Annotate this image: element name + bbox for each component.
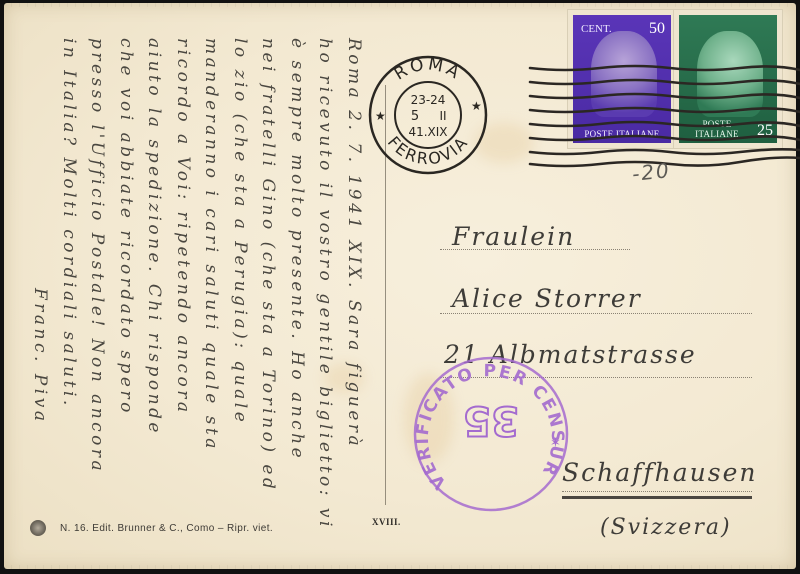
message-line: in Italia? Molti cordiali saluti.: [55, 38, 84, 508]
address-underline: [562, 496, 752, 499]
message-line: è sempre molto presente. Ho anche: [283, 38, 312, 508]
pencil-note: -20: [631, 158, 672, 186]
publisher-logo-icon: [30, 520, 46, 536]
stamp-25-cent: POSTE ITALIANE 25: [674, 10, 782, 148]
message-line: ho ricevuto il vostro gentile biglietto:…: [311, 38, 340, 508]
king-profile-portrait: [697, 31, 763, 117]
king-portrait: [591, 31, 657, 117]
svg-text:41.XIX: 41.XIX: [408, 125, 447, 139]
message-line: ricordo a Voi: ripetendo ancora: [169, 38, 198, 508]
stamp-cent-label: CENT.: [581, 23, 612, 35]
stamp-value: 25: [757, 122, 773, 140]
message-line: aiuto la spedizione. Chi risponde: [140, 38, 169, 508]
censorship-stamp: VERIFICATO PER CENSURA 35 ✶: [412, 355, 570, 513]
stamp-50-cent: CENT. 50 POSTE ITALIANE: [568, 10, 676, 148]
address-dotted-line: [440, 313, 752, 314]
publisher-imprint: N. 16. Edit. Brunner & C., Como – Ripr. …: [30, 520, 273, 536]
message-line: manderanno i cari saluti quale sta: [197, 38, 226, 508]
address-recipient-name: Alice Storrer: [452, 284, 642, 313]
roma-ferrovia-postmark: ROMA FERROVIA ★ ★ 23-24 5 II 41.XIX: [365, 52, 491, 178]
series-number: XVIII.: [372, 517, 401, 527]
svg-text:★: ★: [471, 99, 482, 113]
message-line: lo zio (che sta a Perugia): quale: [226, 38, 255, 508]
svg-text:II: II: [439, 109, 446, 123]
message-signature: Franc. Piva: [26, 38, 55, 508]
svg-text:ROMA: ROMA: [391, 54, 466, 84]
message-line: nei fratelli Gino (che sta a Torino) ed: [254, 38, 283, 508]
stamp-country: POSTE ITALIANE: [577, 129, 667, 139]
address-dotted-line: [440, 249, 630, 250]
handwritten-message: Roma 2. 7. 1941 XIX. Sara figueràho rice…: [8, 38, 368, 508]
message-lines: Roma 2. 7. 1941 XIX. Sara figueràho rice…: [26, 38, 368, 508]
message-line: che voi abbiate ricordato spero: [112, 38, 141, 508]
stamp-country: POSTE ITALIANE: [683, 119, 751, 139]
stamp-value: 50: [649, 20, 665, 38]
svg-text:★: ★: [375, 109, 386, 123]
message-line: presso l'Ufficio Postale! Non ancora: [83, 38, 112, 508]
svg-text:✶: ✶: [550, 436, 561, 451]
address-country: (Svizzera): [600, 515, 732, 540]
address-dotted-line: [562, 491, 752, 492]
address-salutation: Fraulein: [452, 222, 575, 251]
publisher-text: N. 16. Edit. Brunner & C., Como – Ripr. …: [60, 523, 273, 534]
address-city: Schaffhausen: [562, 458, 757, 487]
svg-text:23-24: 23-24: [411, 93, 446, 107]
svg-text:5: 5: [411, 109, 419, 124]
message-line: Roma 2. 7. 1941 XIX. Sara figuerà: [340, 38, 369, 508]
svg-text:35: 35: [463, 397, 519, 443]
